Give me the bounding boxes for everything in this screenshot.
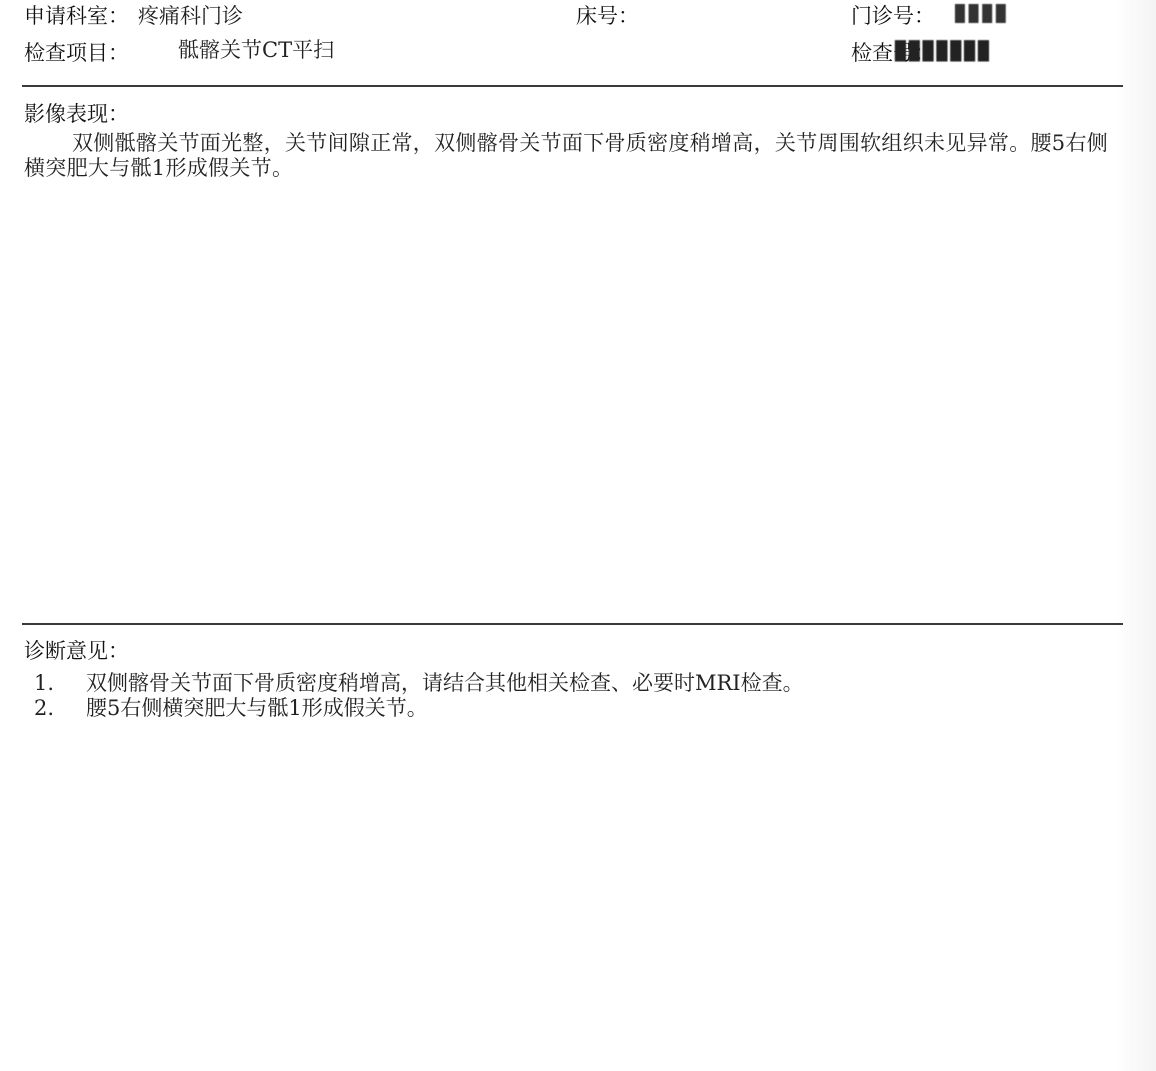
diagnosis-item: 2. 腰5右侧横突肥大与骶1形成假关节。 xyxy=(24,696,804,721)
page-edge-shadow xyxy=(1116,0,1156,1071)
findings-divider xyxy=(22,623,1123,625)
diagnosis-item-number: 1. xyxy=(24,671,86,696)
outpatient-no-label: 门诊号： xyxy=(851,6,935,27)
outpatient-no-value: ████ xyxy=(955,6,1010,22)
bed-no-label: 床号： xyxy=(576,6,639,27)
department-value: 疼痛科门诊 xyxy=(138,6,243,27)
diagnosis-item: 1. 双侧髂骨关节面下骨质密度稍增高，请结合其他相关检查、必要时MRI检查。 xyxy=(24,671,804,696)
diagnosis-list: 1. 双侧髂骨关节面下骨质密度稍增高，请结合其他相关检查、必要时MRI检查。 2… xyxy=(24,671,804,721)
diagnosis-title: 诊断意见： xyxy=(24,641,129,662)
header-divider xyxy=(22,85,1123,87)
diagnosis-item-text: 双侧髂骨关节面下骨质密度稍增高，请结合其他相关检查、必要时MRI检查。 xyxy=(86,671,804,696)
exam-item-label: 检查项目： xyxy=(24,43,129,64)
exam-no-value: ███████ xyxy=(895,43,992,61)
diagnosis-item-number: 2. xyxy=(24,696,86,721)
findings-text: 双侧骶髂关节面光整，关节间隙正常，双侧髂骨关节面下骨质密度稍增高，关节周围软组织… xyxy=(24,131,1119,181)
exam-item-value: 骶髂关节CT平扫 xyxy=(178,40,334,61)
findings-title: 影像表现： xyxy=(24,104,129,125)
department-label: 申请科室： xyxy=(24,6,129,27)
diagnosis-item-text: 腰5右侧横突肥大与骶1形成假关节。 xyxy=(86,696,428,721)
